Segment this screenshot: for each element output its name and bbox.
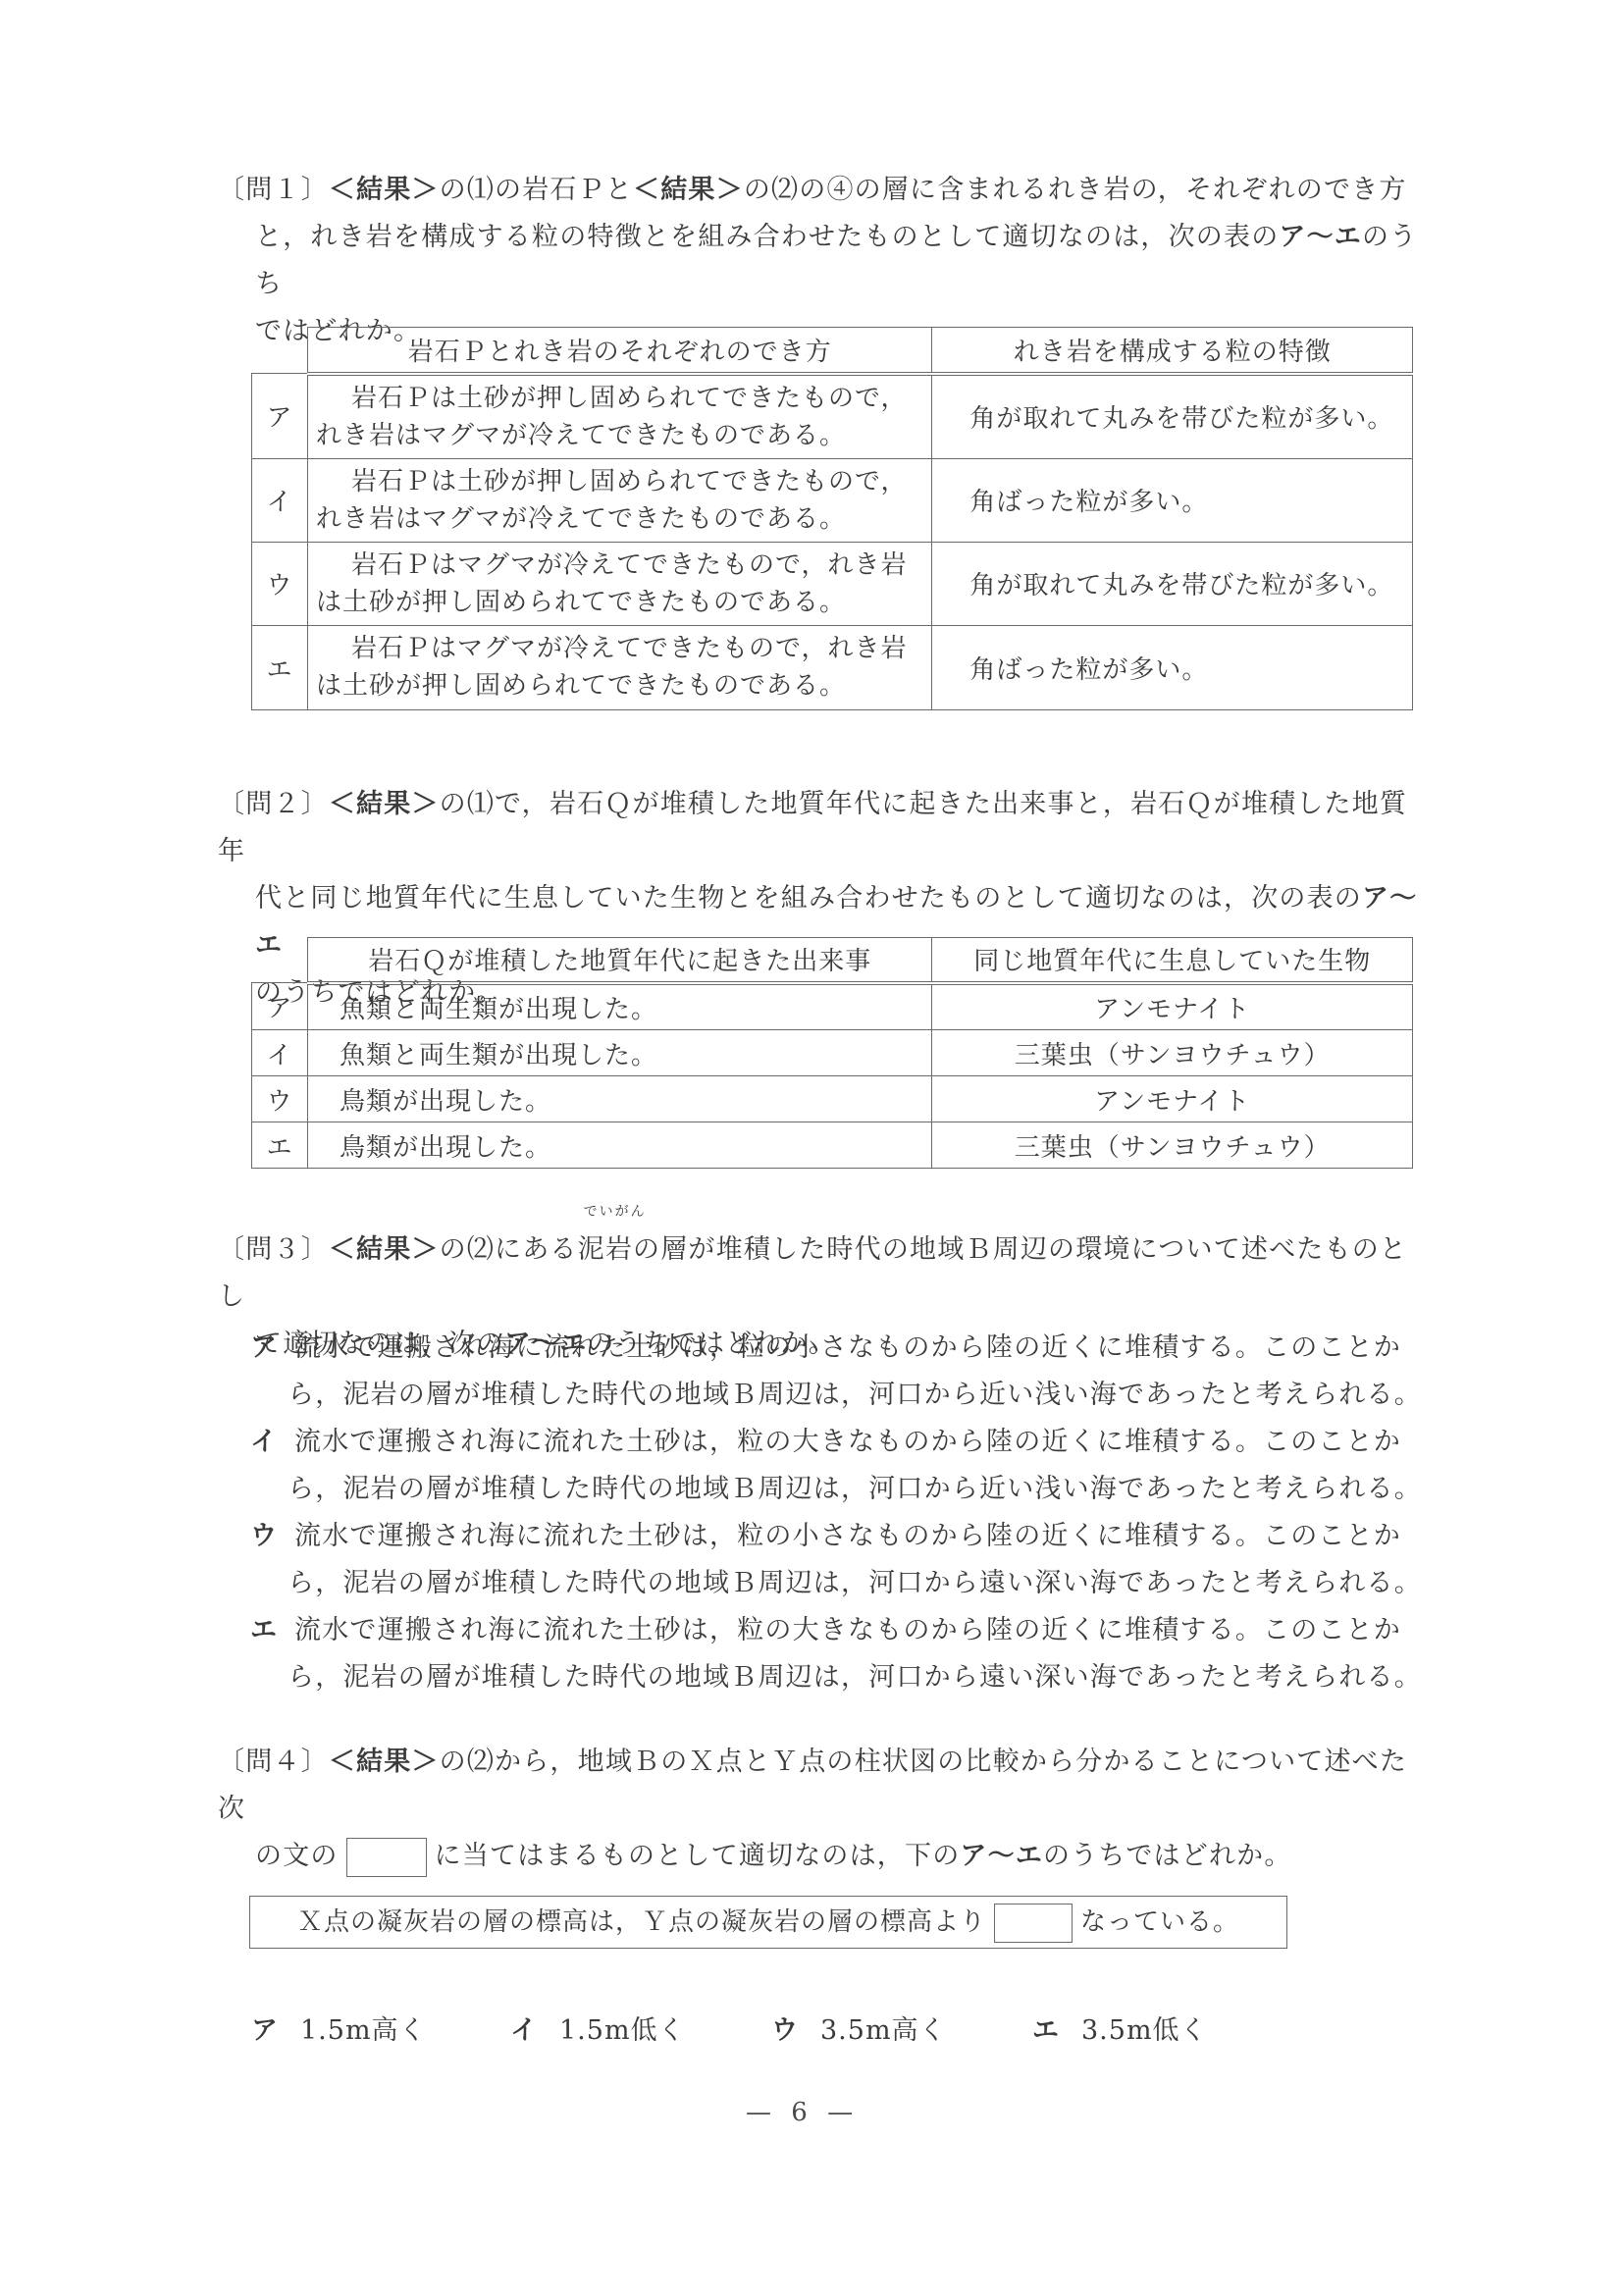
row-label: イ bbox=[252, 458, 308, 542]
question-2-line-2-text: 代と同じ地質年代に生息していた生物とを組み合わせたものとして適切なのは，次の表の bbox=[255, 883, 1362, 913]
row-label: エ bbox=[252, 1122, 308, 1169]
answer-blank-box bbox=[346, 1838, 427, 1877]
question-3-choice: ア流水で運搬され海に流れた土砂は，粒の小さなものから陸の近くに堆積する。このこと… bbox=[250, 1325, 1442, 1419]
mudstone-ruby: でいがん泥岩 bbox=[578, 1226, 633, 1274]
table-row: ウ 岩石Ｐはマグマが冷えてできたもので，れき岩は土砂が押し固められてできたもので… bbox=[252, 542, 1413, 625]
question-3-choice: ウ流水で運搬され海に流れた土砂は，粒の小さなものから陸の近くに堆積する。このこと… bbox=[250, 1513, 1442, 1607]
question-2-table: 岩石Ｑが堆積した地質年代に起きた出来事 同じ地質年代に生息していた生物 ア 魚類… bbox=[251, 937, 1413, 1169]
table-row: ア 魚類と両生類が出現した。 アンモナイト bbox=[252, 983, 1413, 1030]
choice-line-2: ら，泥岩の層が堆積した時代の地域Ｂ周辺は，河口から遠い深い海であったと考えられる… bbox=[250, 1654, 1442, 1701]
question-4-line-2-b: に当てはまるものとして適切なのは，下の bbox=[435, 1841, 961, 1871]
ruby-reading: でいがん bbox=[584, 1205, 647, 1219]
choice-range: ア～エ bbox=[1279, 222, 1362, 252]
choice-line-1: 流水で運搬され海に流れた土砂は，粒の大きなものから陸の近くに堆積する。このことか bbox=[294, 1615, 1401, 1645]
option-a: ア1.5m高く bbox=[251, 2011, 427, 2051]
choice-range: ア～エ bbox=[960, 1841, 1043, 1871]
option-mark: ウ bbox=[771, 2015, 799, 2046]
question-3-label: 〔問３〕 bbox=[218, 1234, 329, 1265]
formation-line-2: れき岩はマグマが冷えてできたものである。 bbox=[316, 504, 846, 534]
table-row: ウ 鳥類が出現した。 アンモナイト bbox=[252, 1076, 1413, 1122]
formation-line-2: は土砂が押し固められてできたものである。 bbox=[316, 588, 846, 617]
question-4-line-2-c: のうちではどれか。 bbox=[1043, 1841, 1292, 1871]
choice-line-1: 流水で運搬され海に流れた土砂は，粒の小さなものから陸の近くに堆積する。このことか bbox=[294, 1521, 1401, 1551]
organism-cell: 三葉虫（サンヨウチュウ） bbox=[932, 1030, 1413, 1076]
result-ref: ＜結果＞ bbox=[329, 1234, 440, 1265]
formation-cell: 岩石Ｐは土砂が押し固められてできたもので，れき岩はマグマが冷えてできたものである… bbox=[307, 374, 931, 459]
table-header: 岩石Ｐとれき岩のそれぞれのでき方 bbox=[307, 328, 931, 374]
row-label: ア bbox=[252, 983, 308, 1030]
option-mark: イ bbox=[510, 2015, 538, 2046]
choice-line-1: 流水で運搬され海に流れた土砂は，粒の小さなものから陸の近くに堆積する。このことか bbox=[294, 1332, 1401, 1363]
result-ref: ＜結果＞ bbox=[633, 175, 744, 205]
organism-cell: アンモナイト bbox=[932, 1076, 1413, 1122]
event-cell: 魚類と両生類が出現した。 bbox=[307, 983, 931, 1030]
choice-line-2: ら，泥岩の層が堆積した時代の地域Ｂ周辺は，河口から近い浅い海であったと考えられる… bbox=[250, 1466, 1442, 1513]
question-1-line-2-text: と，れき岩を構成する粒の特徴とを組み合わせたものとして適切なのは，次の表の bbox=[255, 222, 1279, 252]
formation-line-1: 岩石Ｐはマグマが冷えてできたもので，れき岩 bbox=[316, 630, 921, 667]
table-corner bbox=[252, 328, 308, 374]
question-4-text: 〔問４〕＜結果＞の⑵から，地域ＢのＸ点とＹ点の柱状図の比較から分かることについて… bbox=[218, 1739, 1435, 1880]
choice-line-2: ら，泥岩の層が堆積した時代の地域Ｂ周辺は，河口から遠い深い海であったと考えられる… bbox=[250, 1560, 1442, 1607]
option-text: 3.5m高く bbox=[820, 2015, 947, 2046]
table-header: れき岩を構成する粒の特徴 bbox=[932, 328, 1413, 374]
ruby-base: 泥岩 bbox=[578, 1234, 633, 1265]
question-1-text-a: の⑴の岩石Ｐと bbox=[440, 175, 633, 205]
choice-line-2: ら，泥岩の層が堆積した時代の地域Ｂ周辺は，河口から近い浅い海であったと考えられる… bbox=[250, 1372, 1442, 1419]
option-u: ウ3.5m高く bbox=[771, 2011, 947, 2051]
row-label: ア bbox=[252, 374, 308, 459]
grain-feature-cell: 角ばった粒が多い。 bbox=[932, 458, 1413, 542]
table-header: 同じ地質年代に生息していた生物 bbox=[932, 938, 1413, 983]
question-4-line-2-a: の文の bbox=[255, 1841, 339, 1871]
formation-cell: 岩石Ｐはマグマが冷えてできたもので，れき岩は土砂が押し固められてできたものである… bbox=[307, 625, 931, 709]
statement-box: Ｘ点の凝灰岩の層の標高は，Ｙ点の凝灰岩の層の標高よりなっている。 bbox=[249, 1896, 1287, 1949]
table-corner bbox=[252, 938, 308, 983]
table-row: ア 岩石Ｐは土砂が押し固められてできたもので，れき岩はマグマが冷えてできたもので… bbox=[252, 374, 1413, 459]
statement-blank-box bbox=[994, 1904, 1073, 1943]
question-3-choice: イ流水で運搬され海に流れた土砂は，粒の大きなものから陸の近くに堆積する。このこと… bbox=[250, 1419, 1442, 1513]
result-ref: ＜結果＞ bbox=[329, 789, 440, 819]
page-number: — 6 — bbox=[746, 2098, 859, 2127]
option-text: 1.5m高く bbox=[300, 2015, 427, 2046]
formation-line-1: 岩石Ｐは土砂が押し固められてできたもので， bbox=[316, 380, 921, 417]
table-header: 岩石Ｑが堆積した地質年代に起きた出来事 bbox=[307, 938, 931, 983]
option-mark: エ bbox=[1032, 2015, 1060, 2046]
choice-mark: ウ bbox=[250, 1513, 294, 1560]
formation-line-1: 岩石Ｐは土砂が押し固められてできたもので， bbox=[316, 463, 921, 500]
formation-cell: 岩石Ｐは土砂が押し固められてできたもので，れき岩はマグマが冷えてできたものである… bbox=[307, 458, 931, 542]
result-ref: ＜結果＞ bbox=[329, 175, 440, 205]
question-3-text-a: の⑵にある bbox=[440, 1234, 578, 1265]
organism-cell: 三葉虫（サンヨウチュウ） bbox=[932, 1122, 1413, 1169]
formation-line-1: 岩石Ｐはマグマが冷えてできたもので，れき岩 bbox=[316, 547, 921, 584]
formation-line-2: は土砂が押し固められてできたものである。 bbox=[316, 671, 846, 701]
option-e: エ3.5m低く bbox=[1032, 2011, 1208, 2051]
statement-text-b: なっている。 bbox=[1080, 1907, 1239, 1937]
option-mark: ア bbox=[251, 2015, 279, 2046]
option-text: 1.5m低く bbox=[559, 2015, 686, 2046]
choice-line-1: 流水で運搬され海に流れた土砂は，粒の大きなものから陸の近くに堆積する。このことか bbox=[294, 1427, 1401, 1457]
option-text: 3.5m低く bbox=[1081, 2015, 1208, 2046]
row-label: ウ bbox=[252, 542, 308, 625]
row-label: イ bbox=[252, 1030, 308, 1076]
event-cell: 魚類と両生類が出現した。 bbox=[307, 1030, 931, 1076]
choice-mark: イ bbox=[250, 1419, 294, 1466]
question-4-line-2: の文のに当てはまるものとして適切なのは，下のア～エのうちではどれか。 bbox=[218, 1833, 1435, 1880]
choice-mark: ア bbox=[250, 1325, 294, 1372]
question-1-text-b: の⑵の④の層に含まれるれき岩の，それぞれのでき方 bbox=[744, 175, 1407, 205]
grain-feature-cell: 角ばった粒が多い。 bbox=[932, 625, 1413, 709]
table-row: イ 魚類と両生類が出現した。 三葉虫（サンヨウチュウ） bbox=[252, 1030, 1413, 1076]
question-4-label: 〔問４〕 bbox=[218, 1747, 329, 1777]
row-label: ウ bbox=[252, 1076, 308, 1122]
question-2-label: 〔問２〕 bbox=[218, 789, 329, 819]
organism-cell: アンモナイト bbox=[932, 983, 1413, 1030]
grain-feature-cell: 角が取れて丸みを帯びた粒が多い。 bbox=[932, 374, 1413, 459]
question-1-label: 〔問１〕 bbox=[218, 175, 329, 205]
statement-text-a: Ｘ点の凝灰岩の層の標高は，Ｙ点の凝灰岩の層の標高より bbox=[297, 1907, 986, 1937]
table-row: エ 岩石Ｐはマグマが冷えてできたもので，れき岩は土砂が押し固められてできたもので… bbox=[252, 625, 1413, 709]
result-ref: ＜結果＞ bbox=[329, 1747, 440, 1777]
event-cell: 鳥類が出現した。 bbox=[307, 1122, 931, 1169]
grain-feature-cell: 角が取れて丸みを帯びた粒が多い。 bbox=[932, 542, 1413, 625]
choice-mark: エ bbox=[250, 1607, 294, 1654]
formation-line-2: れき岩はマグマが冷えてできたものである。 bbox=[316, 421, 846, 450]
table-row: イ 岩石Ｐは土砂が押し固められてできたもので，れき岩はマグマが冷えてできたもので… bbox=[252, 458, 1413, 542]
question-1-line-2: と，れき岩を構成する粒の特徴とを組み合わせたものとして適切なのは，次の表のア～エ… bbox=[218, 214, 1435, 308]
formation-cell: 岩石Ｐはマグマが冷えてできたもので，れき岩は土砂が押し固められてできたものである… bbox=[307, 542, 931, 625]
table-row: エ 鳥類が出現した。 三葉虫（サンヨウチュウ） bbox=[252, 1122, 1413, 1169]
event-cell: 鳥類が出現した。 bbox=[307, 1076, 931, 1122]
row-label: エ bbox=[252, 625, 308, 709]
question-1-table: 岩石Ｐとれき岩のそれぞれのでき方 れき岩を構成する粒の特徴 ア 岩石Ｐは土砂が押… bbox=[251, 327, 1413, 710]
question-3-choice: エ流水で運搬され海に流れた土砂は，粒の大きなものから陸の近くに堆積する。このこと… bbox=[250, 1607, 1442, 1701]
option-i: イ1.5m低く bbox=[510, 2011, 686, 2051]
